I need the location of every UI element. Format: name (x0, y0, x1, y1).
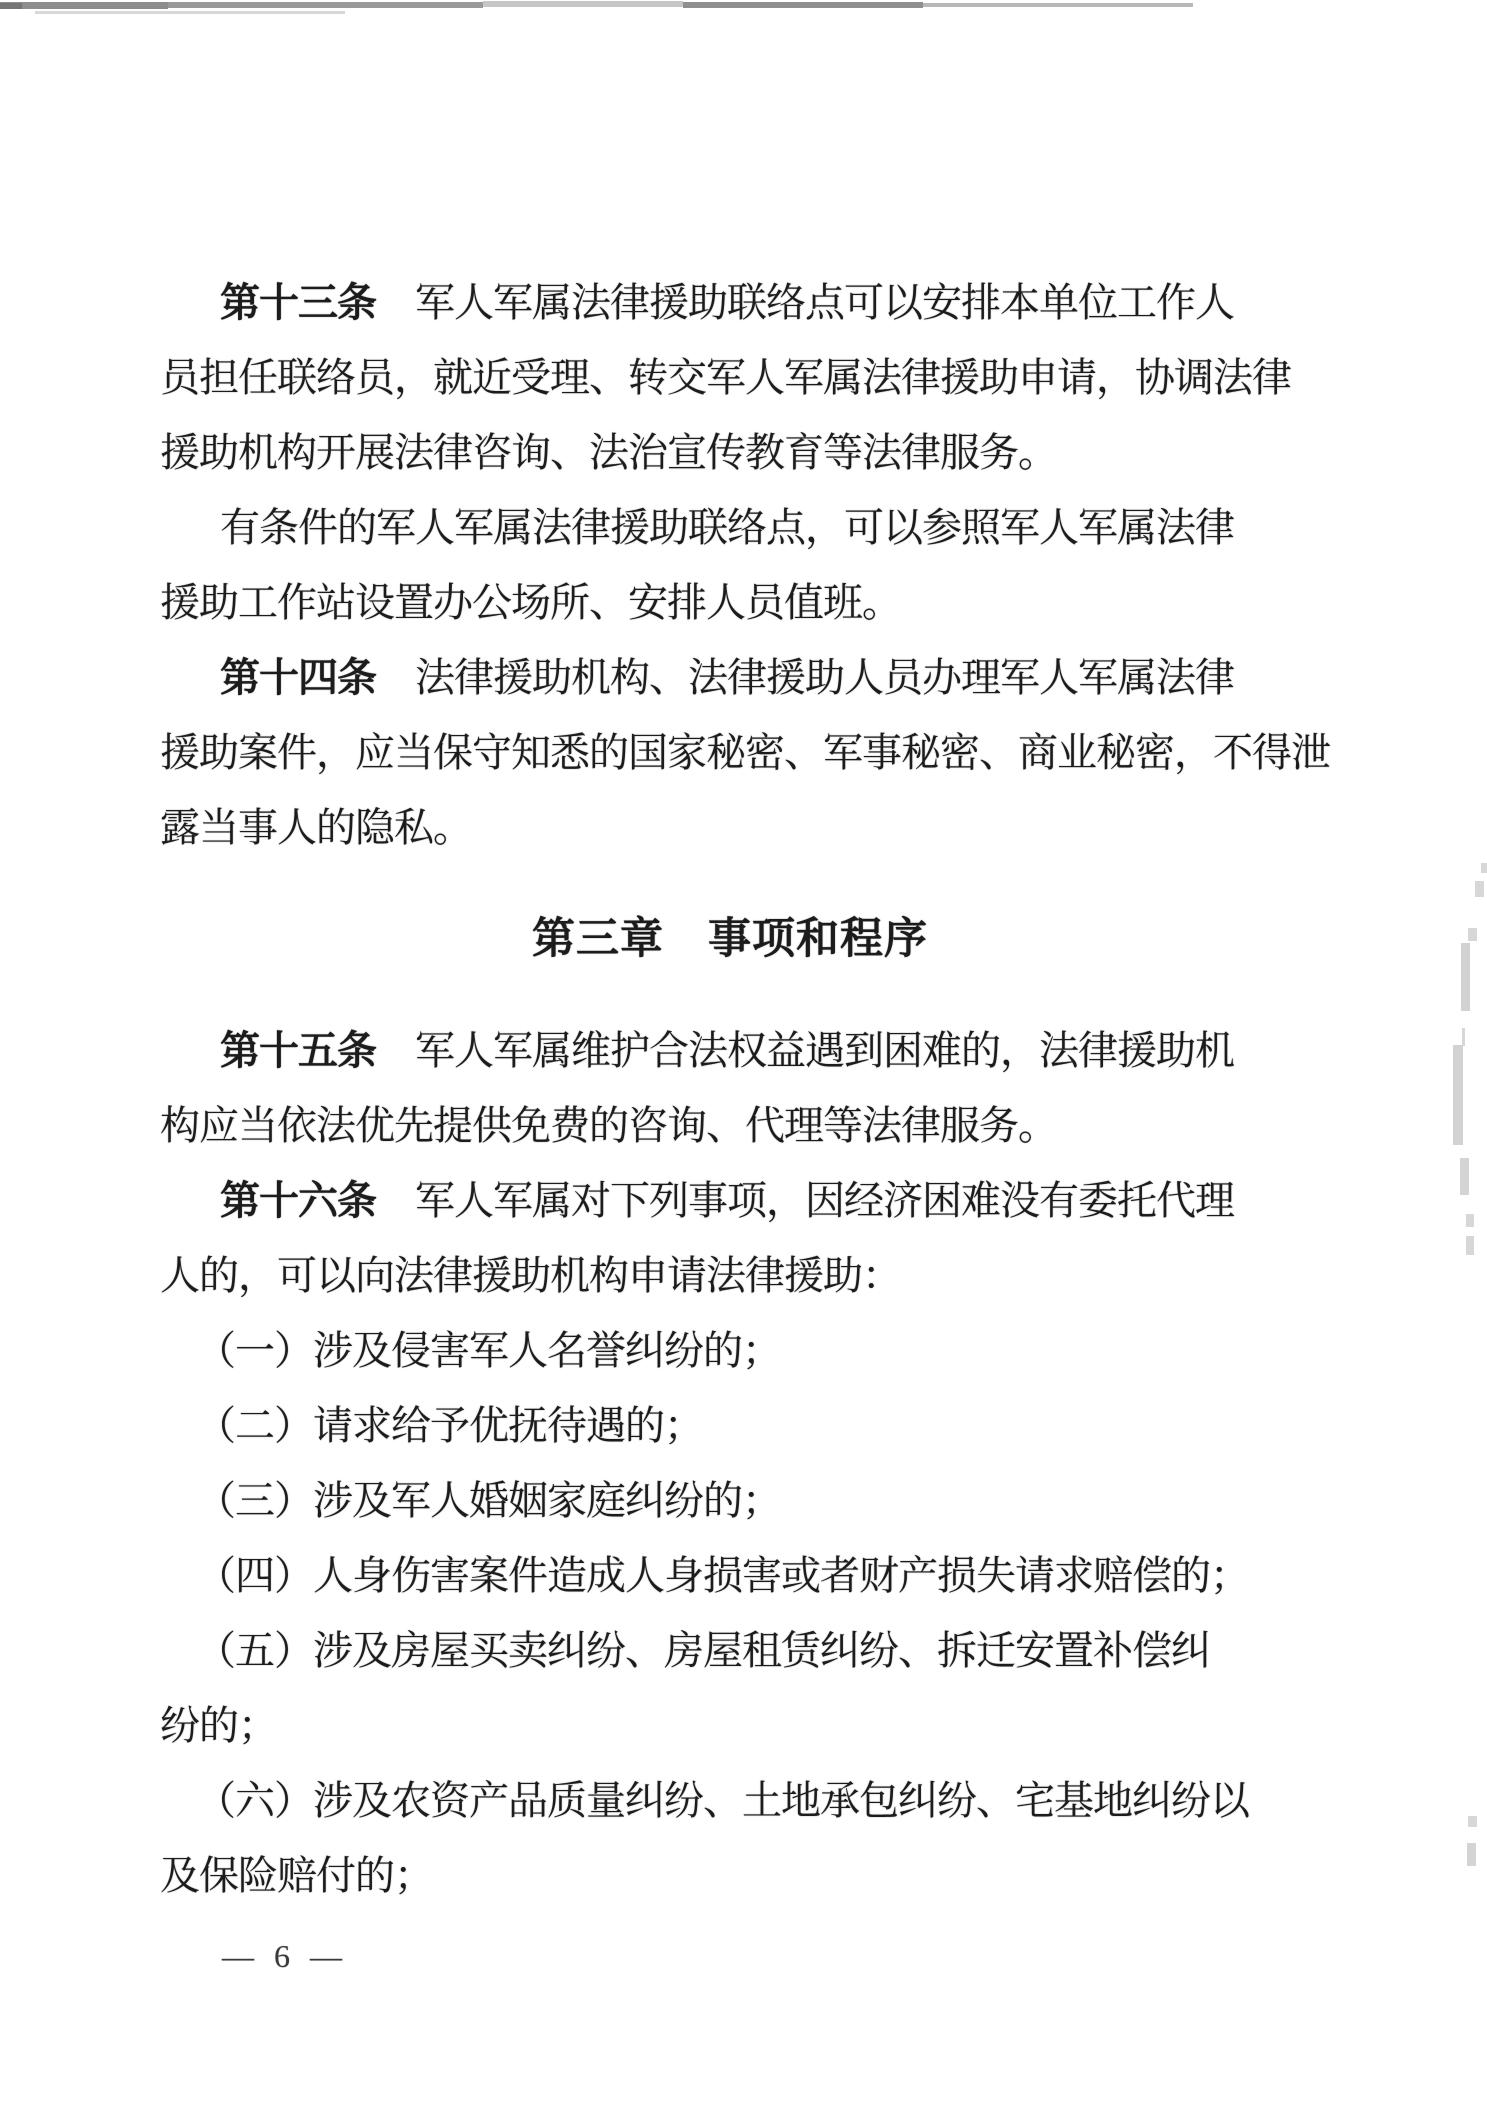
scan-artifact-top (483, 1, 683, 7)
text-line-article-16: 第十六条 军人军属对下列事项，因经济困难没有委托代理 (160, 1163, 1300, 1238)
scan-artifact-top (923, 3, 1193, 7)
scan-artifact-right (1466, 1236, 1474, 1255)
text-line: 及保险赔付的； (160, 1838, 1300, 1913)
article-number: 第十三条 (220, 280, 376, 325)
text-line-item-1: （一）涉及侵害军人名誉纠纷的； (160, 1313, 1300, 1388)
document-body: 第十三条 军人军属法律援助联络点可以安排本单位工作人 员担任联络员，就近受理、转… (160, 265, 1300, 1913)
scan-artifact-right (1462, 1028, 1465, 1046)
scan-artifact-right (1466, 1214, 1474, 1227)
text-line: 援助工作站设置办公场所、安排人员值班。 (160, 565, 1300, 640)
scan-artifact-right (1467, 1843, 1476, 1866)
text-line-item-2: （二）请求给予优抚待遇的； (160, 1388, 1300, 1463)
scan-artifact-top (0, 2, 168, 9)
scan-artifact-right (1468, 1816, 1477, 1827)
text-line: 人的，可以向法律援助机构申请法律援助： (160, 1238, 1300, 1313)
scan-artifact-right (1475, 881, 1484, 897)
text-line-item-5: （五）涉及房屋买卖纠纷、房屋租赁纠纷、拆迁安置补偿纠 (160, 1613, 1300, 1688)
text-line-item-3: （三）涉及军人婚姻家庭纠纷的； (160, 1463, 1300, 1538)
scan-artifact-top (0, 3, 22, 9)
article-number: 第十五条 (220, 1028, 376, 1073)
text-line-article-14: 第十四条 法律援助机构、法律援助人员办理军人军属法律 (160, 640, 1300, 715)
scan-artifact-right (1453, 1045, 1463, 1145)
text-line: 援助机构开展法律咨询、法治宣传教育等法律服务。 (160, 415, 1300, 490)
scan-artifact-right (1481, 863, 1487, 873)
chapter-heading: 第三章 事项和程序 (160, 897, 1300, 982)
text-line-article-15: 第十五条 军人军属维护合法权益遇到困难的，法律援助机 (160, 1013, 1300, 1088)
text-line: 构应当依法优先提供免费的咨询、代理等法律服务。 (160, 1088, 1300, 1163)
article-number: 第十四条 (220, 655, 376, 700)
text-line: 露当事人的隐私。 (160, 790, 1300, 865)
scan-artifact-right (1461, 943, 1470, 1011)
scan-artifact-right (1468, 928, 1477, 941)
text-line: 有条件的军人军属法律援助联络点，可以参照军人军属法律 (160, 490, 1300, 565)
text-line: 纷的； (160, 1688, 1300, 1763)
scan-artifact-top (35, 11, 345, 14)
scan-artifact-top (683, 2, 923, 8)
document-page: 第十三条 军人军属法律援助联络点可以安排本单位工作人 员担任联络员，就近受理、转… (0, 0, 1487, 2104)
scan-artifact-top (168, 2, 483, 8)
text-line: 援助案件，应当保守知悉的国家秘密、军事秘密、商业秘密，不得泄 (160, 715, 1300, 790)
text-line-item-4: （四）人身伤害案件造成人身损害或者财产损失请求赔偿的； (160, 1538, 1300, 1613)
text-line: 员担任联络员，就近受理、转交军人军属法律援助申请，协调法律 (160, 340, 1300, 415)
page-number: — 6 — (222, 1936, 348, 1976)
text-line-item-6: （六）涉及农资产品质量纠纷、土地承包纠纷、宅基地纠纷以 (160, 1763, 1300, 1838)
article-number: 第十六条 (220, 1178, 376, 1223)
text-line-article-13: 第十三条 军人军属法律援助联络点可以安排本单位工作人 (160, 265, 1300, 340)
scan-artifact-right (1460, 1158, 1469, 1195)
